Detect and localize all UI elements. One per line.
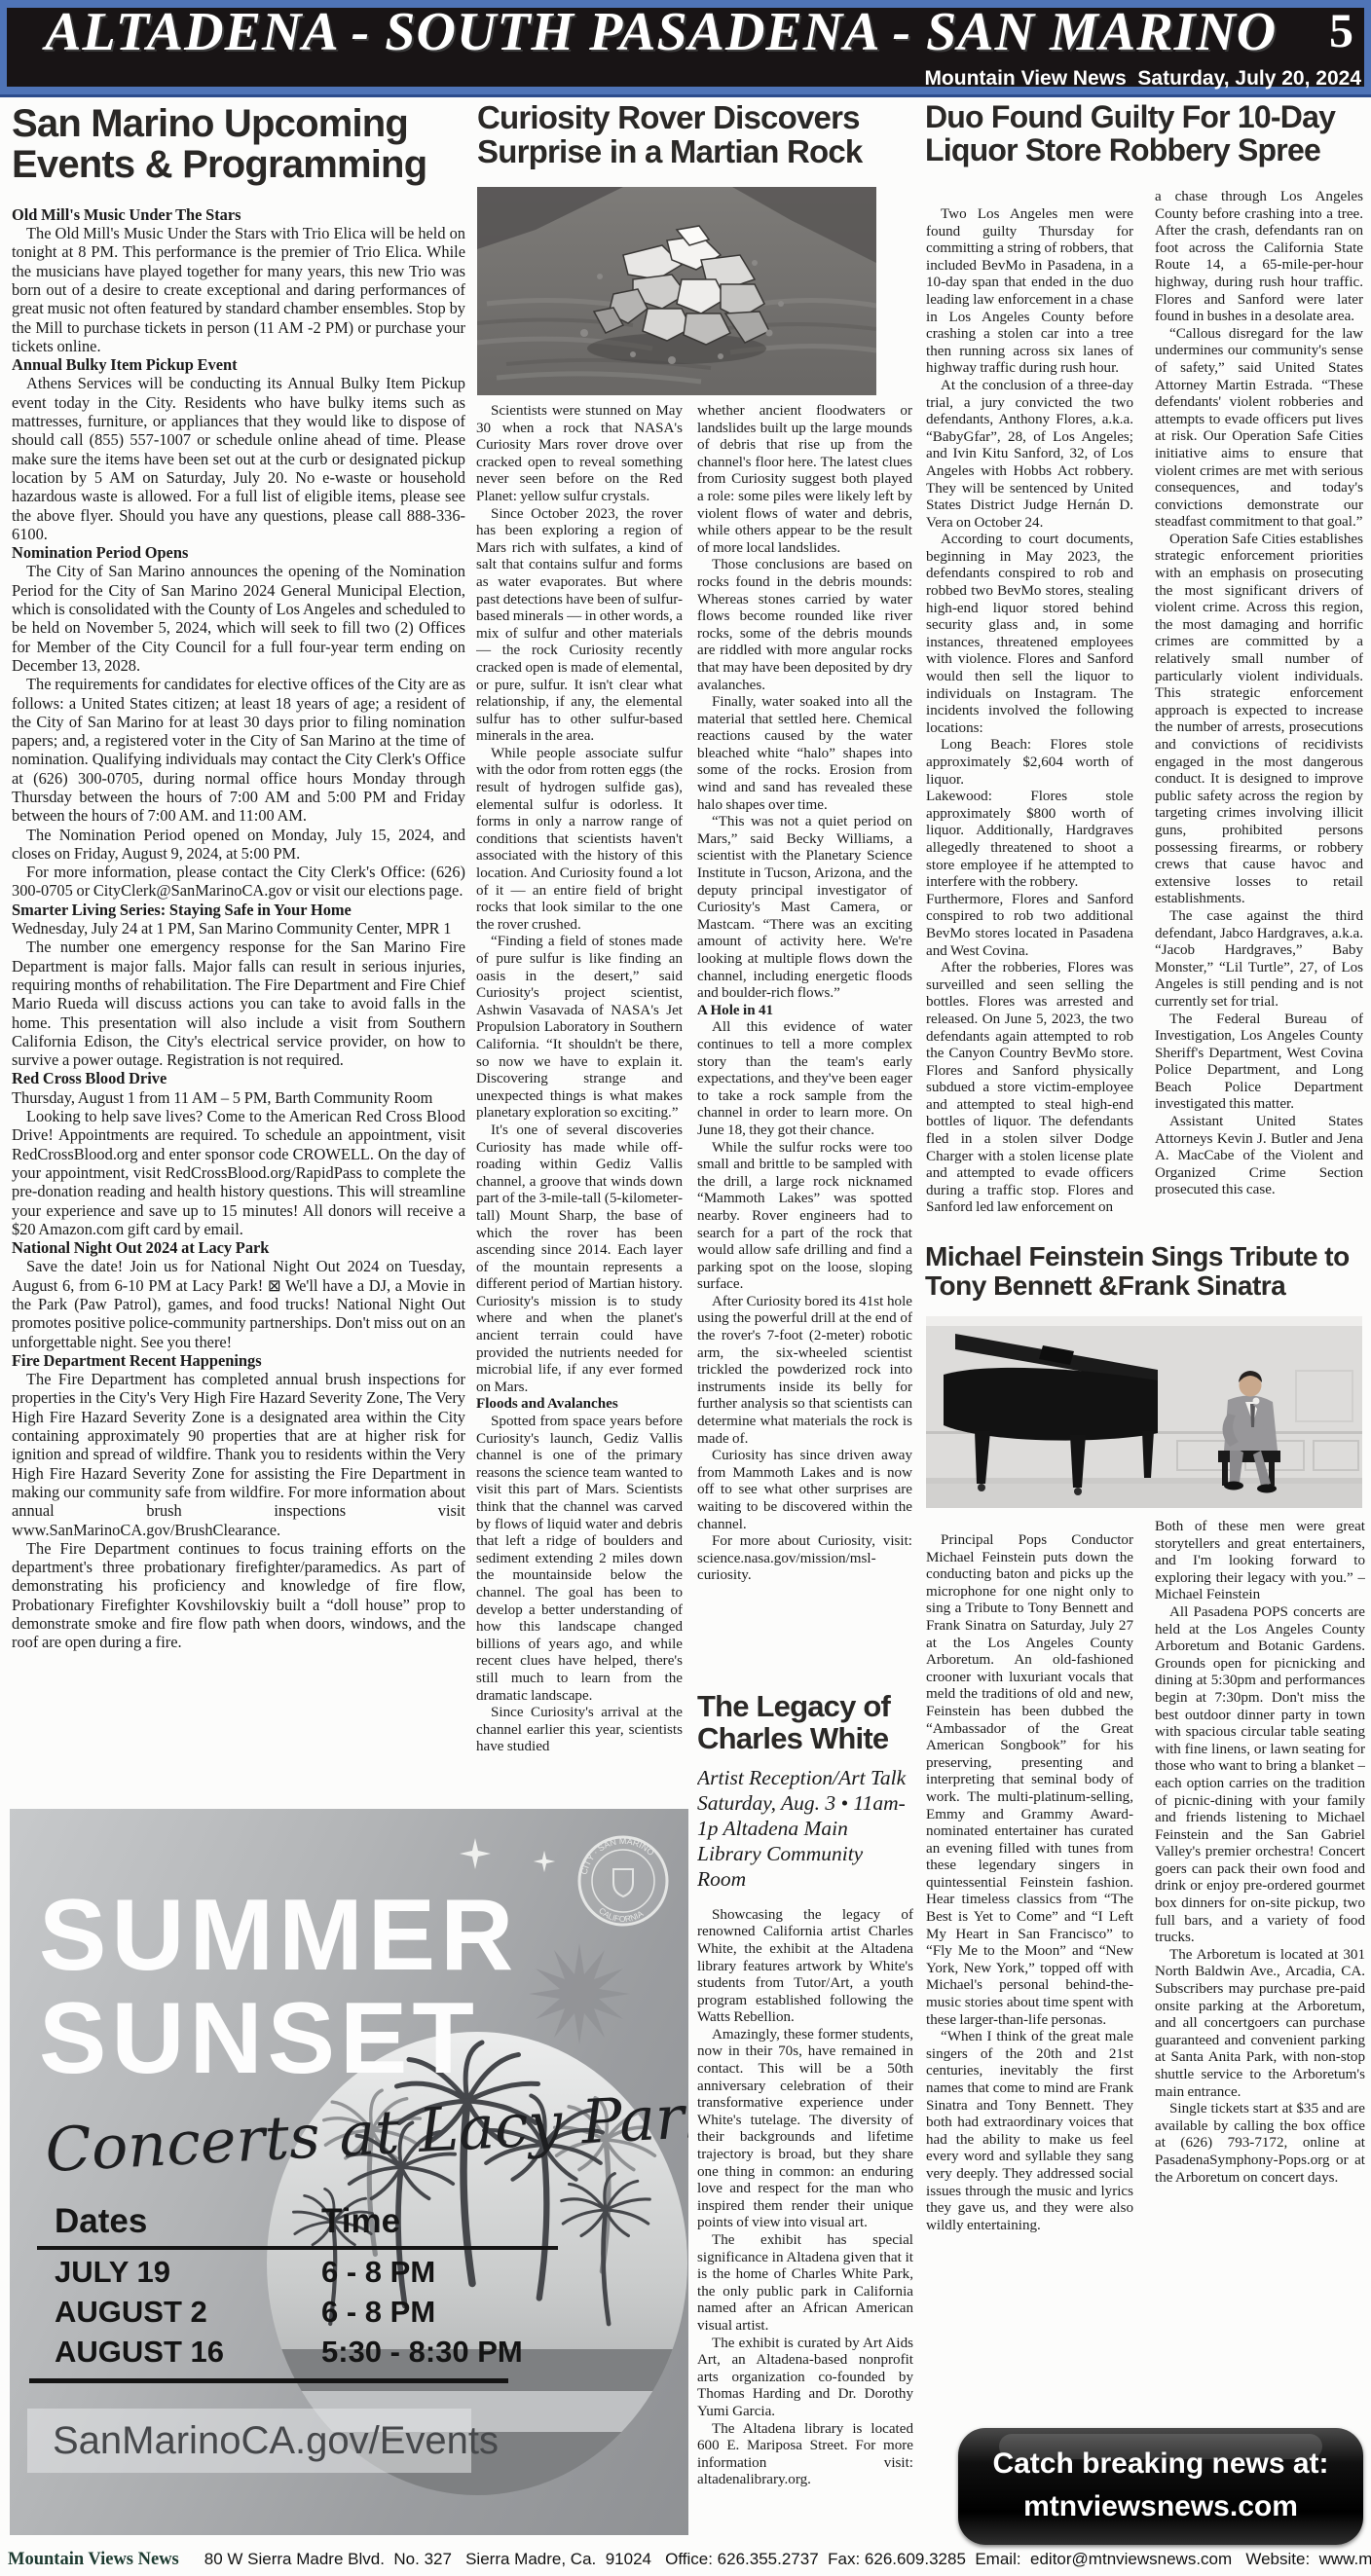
paragraph: Since October 2023, the rover has been e… bbox=[476, 506, 683, 746]
ad-bottom-rule bbox=[29, 2378, 508, 2383]
michael-feinstein-photo bbox=[926, 1316, 1362, 1508]
paragraph: Principal Pops Conductor Michael Feinste… bbox=[926, 1532, 1133, 2029]
ad-time: 6 - 8 PM bbox=[321, 2295, 435, 2330]
paragraph: Athens Services will be conducting its A… bbox=[12, 374, 465, 543]
paragraph: Wednesday, July 24 at 1 PM, San Marino C… bbox=[12, 919, 465, 938]
paragraph: Curiosity has since driven away from Mam… bbox=[697, 1448, 912, 1533]
section-subhead: Nomination Period Opens bbox=[12, 543, 465, 562]
ad-time: 5:30 - 8:30 PM bbox=[321, 2335, 523, 2370]
section-subhead: Fire Department Recent Happenings bbox=[12, 1351, 465, 1370]
duo-column-right: a chase through Los Angeles County befor… bbox=[1155, 189, 1363, 1240]
article-duo-guilty: Duo Found Guilty For 10-Day Liquor Store… bbox=[925, 101, 1369, 167]
paragraph: Operation Safe Cities establishes strate… bbox=[1155, 532, 1363, 908]
paragraph: “When I think of the great male singers … bbox=[926, 2029, 1133, 2234]
paragraph: The Nomination Period opened on Monday, … bbox=[12, 826, 465, 864]
ad-time: 6 - 8 PM bbox=[321, 2255, 435, 2290]
feinstein-column-left: Principal Pops Conductor Michael Feinste… bbox=[926, 1532, 1133, 2409]
article-subtitle: Artist Reception/Art Talk Saturday, Aug.… bbox=[697, 1765, 913, 1892]
paragraph: While people associate sulfur with the o… bbox=[476, 746, 683, 935]
paragraph: Lakewood: Flores stole approximately $80… bbox=[926, 789, 1133, 892]
paragraph: a chase through Los Angeles County befor… bbox=[1155, 189, 1363, 326]
curiosity-column-left: Scientists were stunned on May 30 when a… bbox=[476, 403, 683, 1795]
paragraph: Save the date! Join us for National Nigh… bbox=[12, 1257, 465, 1350]
feinstein-column-right: Both of these men were great storyteller… bbox=[1155, 1519, 1365, 2407]
breaking-line1: Catch breaking news at: bbox=[958, 2443, 1363, 2485]
article-title: Curiosity Rover Discovers Surprise in a … bbox=[477, 101, 917, 169]
masthead-title: ALTADENA - SOUTH PASADENA - SAN MARINO bbox=[45, 1, 1277, 63]
paragraph: All this evidence of water continues to … bbox=[697, 1019, 912, 1139]
summer-sunset-ad: CITY · SAN MARINO CALIFORNIA SUMMER SUNS… bbox=[10, 1809, 688, 2535]
paragraph: All Pasadena POPS concerts are held at t… bbox=[1155, 1604, 1365, 1947]
article-san-marino-events: San Marino Upcoming Events & Programming… bbox=[12, 103, 465, 1797]
paragraph: Spotted from space years before Curiosit… bbox=[476, 1414, 683, 1705]
ad-date: AUGUST 2 bbox=[55, 2295, 207, 2329]
paragraph: The exhibit has special significance in … bbox=[697, 2232, 913, 2336]
mars-rock-photo bbox=[477, 187, 876, 395]
ad-date: AUGUST 16 bbox=[55, 2335, 224, 2369]
article-feinstein: Michael Feinstein Sings Tribute to Tony … bbox=[925, 1242, 1371, 1300]
ad-header-rule bbox=[37, 2246, 558, 2250]
paragraph: “This was not a quiet period on Mars,” s… bbox=[697, 814, 912, 1003]
curiosity-column-right: whether ancient floodwaters or landslide… bbox=[697, 403, 912, 1671]
masthead-dateline: Mountain View News Saturday, July 20, 20… bbox=[924, 67, 1361, 91]
paragraph: Looking to help save lives? Come to the … bbox=[12, 1107, 465, 1238]
ad-word-sunset: SUNSET bbox=[39, 1988, 479, 2089]
paragraph: For more information, please contact the… bbox=[12, 863, 465, 901]
page-number: 5 bbox=[1329, 2, 1353, 58]
paragraph: The requirements for candidates for elec… bbox=[12, 675, 465, 825]
paragraph: The Fire Department continues to focus t… bbox=[12, 1539, 465, 1652]
paragraph: While the sulfur rocks were too small an… bbox=[697, 1140, 912, 1294]
paragraph: The Fire Department has completed annual… bbox=[12, 1370, 465, 1539]
paragraph: Those conclusions are based on rocks fou… bbox=[697, 557, 912, 694]
section-subhead: Old Mill's Music Under The Stars bbox=[12, 205, 465, 224]
ad-time-header: Time bbox=[321, 2202, 400, 2241]
ad-date: JULY 19 bbox=[55, 2255, 170, 2289]
paragraph: Finally, water soaked into all the mater… bbox=[697, 694, 912, 814]
paragraph: The City of San Marino announces the ope… bbox=[12, 562, 465, 675]
section-subhead: Smarter Living Series: Staying Safe in Y… bbox=[12, 901, 465, 919]
footer-brand: Mountain Views News bbox=[8, 2550, 179, 2570]
article-charles-white: The Legacy of Charles White Artist Recep… bbox=[697, 1691, 913, 2521]
ad-url-bar: SanMarinoCA.gov/Events bbox=[27, 2409, 471, 2473]
section-subhead: Annual Bulky Item Pickup Event bbox=[12, 355, 465, 374]
paragraph: Two Los Angeles men were found guilty Th… bbox=[926, 206, 1133, 378]
section-subhead: Floods and Avalanches bbox=[476, 1396, 683, 1414]
paragraph: The Federal Bureau of Investigation, Los… bbox=[1155, 1012, 1363, 1115]
san-marino-seal: CITY · SAN MARINO CALIFORNIA bbox=[579, 1836, 667, 1925]
newspaper-page: ALTADENA - SOUTH PASADENA - SAN MARINO 5… bbox=[0, 0, 1371, 2576]
masthead: ALTADENA - SOUTH PASADENA - SAN MARINO 5… bbox=[0, 0, 1371, 97]
ad-schedule-row: AUGUST 2 6 - 8 PM bbox=[55, 2295, 600, 2330]
duo-column-left: Two Los Angeles men were found guilty Th… bbox=[926, 206, 1133, 1240]
paragraph: The exhibit is curated by Art Aids Art, … bbox=[697, 2336, 913, 2421]
article-curiosity: Curiosity Rover Discovers Surprise in a … bbox=[477, 101, 917, 169]
paragraph: Long Beach: Flores stole approximately $… bbox=[926, 737, 1133, 789]
paragraph: Amazingly, these former students, now in… bbox=[697, 2027, 913, 2232]
starburst-icon bbox=[529, 1943, 630, 2044]
breaking-news-banner: Catch breaking news at: mtnviewsnews.com bbox=[958, 2428, 1363, 2545]
paragraph: Scientists were stunned on May 30 when a… bbox=[476, 403, 683, 506]
paragraph: whether ancient floodwaters or landslide… bbox=[697, 403, 912, 557]
paragraph: “Callous disregard for the law undermine… bbox=[1155, 326, 1363, 532]
paragraph: The Old Mill's Music Under the Stars wit… bbox=[12, 224, 465, 355]
paragraph: For more about Curiosity, visit: science… bbox=[697, 1533, 912, 1585]
paragraph: Showcasing the legacy of renowned Califo… bbox=[697, 1907, 913, 2027]
sparkle-icon bbox=[534, 1851, 555, 1872]
paragraph: The Altadena library is located 600 E. M… bbox=[697, 2421, 913, 2489]
paragraph: Thursday, August 1 from 11 AM – 5 PM, Ba… bbox=[12, 1088, 465, 1107]
section-subhead: National Night Out 2024 at Lacy Park bbox=[12, 1238, 465, 1257]
paragraph: “Finding a field of stones made of pure … bbox=[476, 934, 683, 1122]
breaking-news-text: Catch breaking news at: mtnviewsnews.com bbox=[958, 2443, 1363, 2528]
ad-url: SanMarinoCA.gov/Events bbox=[27, 2409, 471, 2473]
section-subhead: Red Cross Blood Drive bbox=[12, 1069, 465, 1087]
ad-schedule-row: JULY 19 6 - 8 PM bbox=[55, 2255, 600, 2290]
paragraph: It's one of several discoveries Curiosit… bbox=[476, 1122, 683, 1397]
article-title: The Legacy of Charles White bbox=[697, 1691, 913, 1755]
paragraph: After the robberies, Flores was surveill… bbox=[926, 960, 1133, 1217]
paragraph: The case against the third defendant, Ja… bbox=[1155, 908, 1363, 1012]
paragraph: At the conclusion of a three-day trial, … bbox=[926, 378, 1133, 532]
article-title: Duo Found Guilty For 10-Day Liquor Store… bbox=[925, 101, 1369, 167]
breaking-line2: mtnviewsnews.com bbox=[958, 2485, 1363, 2528]
ad-schedule-row: AUGUST 16 5:30 - 8:30 PM bbox=[55, 2335, 600, 2370]
paragraph: The Arboretum is located at 301 North Ba… bbox=[1155, 1947, 1365, 2101]
article-body: Showcasing the legacy of renowned Califo… bbox=[697, 1907, 913, 2489]
paragraph: Single tickets start at $35 and are avai… bbox=[1155, 2101, 1365, 2187]
article-title: San Marino Upcoming Events & Programming bbox=[12, 103, 465, 186]
paragraph: According to court documents, beginning … bbox=[926, 532, 1133, 737]
article-body: Old Mill's Music Under The StarsThe Old … bbox=[12, 205, 465, 1652]
ad-word-summer: SUMMER bbox=[39, 1885, 518, 1986]
paragraph: Furthermore, Flores and Sanford conspire… bbox=[926, 892, 1133, 960]
article-title: Michael Feinstein Sings Tribute to Tony … bbox=[925, 1242, 1371, 1300]
sparkle-icon bbox=[460, 1838, 491, 1869]
paragraph: The number one emergency response for th… bbox=[12, 938, 465, 1069]
paragraph: Assistant United States Attorneys Kevin … bbox=[1155, 1114, 1363, 1199]
section-subhead: A Hole in 41 bbox=[697, 1003, 912, 1020]
paragraph: Both of these men were great storyteller… bbox=[1155, 1519, 1365, 1604]
footer: Mountain Views News 80 W Sierra Madre Bl… bbox=[0, 2543, 1371, 2576]
footer-info: 80 W Sierra Madre Blvd. No. 327 Sierra M… bbox=[204, 2550, 1371, 2569]
paragraph: Since Curiosity's arrival at the channel… bbox=[476, 1705, 683, 1756]
ad-dates-header: Dates bbox=[55, 2202, 147, 2241]
paragraph: After Curiosity bored its 41st hole usin… bbox=[697, 1294, 912, 1448]
